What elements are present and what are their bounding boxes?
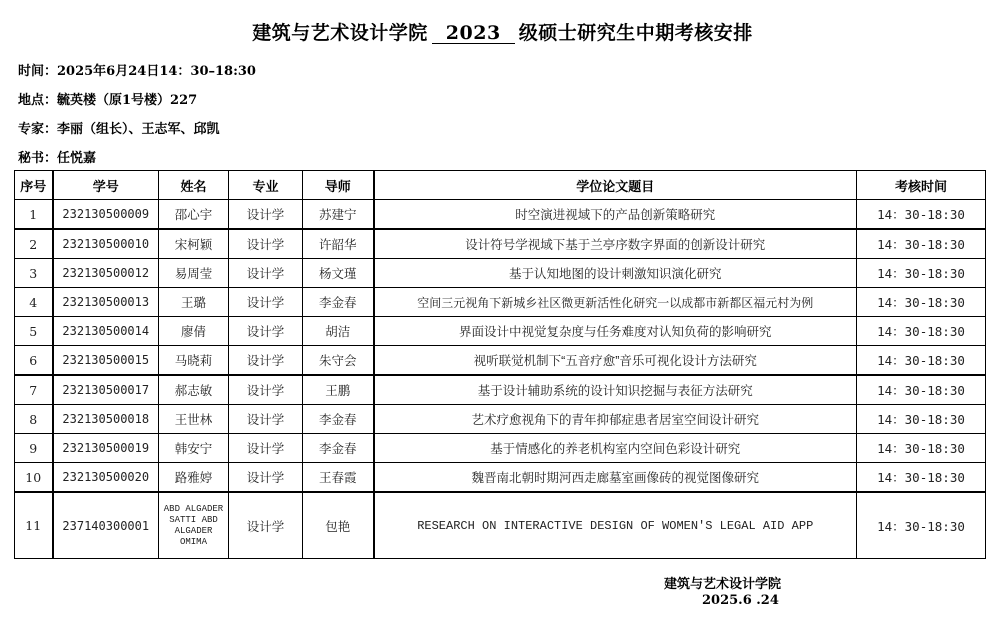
cell-major: 设计学 bbox=[229, 288, 303, 317]
cell-thesis: 空间三元视角下新城乡社区微更新活性化研究一以成都市新都区福元村为例 bbox=[374, 288, 857, 317]
cell-advisor: 包艳 bbox=[303, 492, 374, 559]
cell-time: 14：30-18:30 bbox=[857, 259, 986, 288]
cell-thesis: 时空演进视域下的产品创新策略研究 bbox=[374, 200, 857, 230]
cell-major: 设计学 bbox=[229, 375, 303, 405]
cell-advisor: 胡洁 bbox=[303, 317, 374, 346]
cell-time: 14：30-18:30 bbox=[857, 405, 986, 434]
cell-student-id: 232130500017 bbox=[53, 375, 159, 405]
header-time: 考核时间 bbox=[857, 171, 986, 200]
cell-major: 设计学 bbox=[229, 405, 303, 434]
cell-thesis: 魏晋南北朝时期河西走廊墓室画像砖的视觉图像研究 bbox=[374, 463, 857, 493]
title-year: 2023 bbox=[432, 23, 515, 44]
cell-major: 设计学 bbox=[229, 259, 303, 288]
table-row: 6 232130500015 马晓莉 设计学 朱守会 视听联觉机制下“五音疗愈”… bbox=[15, 346, 986, 376]
table-row: 4 232130500013 王璐 设计学 李金春 空间三元视角下新城乡社区微更… bbox=[15, 288, 986, 317]
cell-time: 14：30-18:30 bbox=[857, 288, 986, 317]
cell-name: 马晓莉 bbox=[159, 346, 229, 376]
cell-name: 路雅婷 bbox=[159, 463, 229, 493]
header-no: 序号 bbox=[15, 171, 53, 200]
cell-student-id: 232130500019 bbox=[53, 434, 159, 463]
cell-thesis: 设计符号学视域下基于兰亭序数字界面的创新设计研究 bbox=[374, 229, 857, 259]
cell-advisor: 王鹏 bbox=[303, 375, 374, 405]
cell-advisor: 许韶华 bbox=[303, 229, 374, 259]
cell-no: 11 bbox=[15, 492, 53, 559]
cell-name: 王璐 bbox=[159, 288, 229, 317]
cell-student-id: 232130500012 bbox=[53, 259, 159, 288]
cell-student-id: 232130500020 bbox=[53, 463, 159, 493]
cell-no: 5 bbox=[15, 317, 53, 346]
cell-student-id: 232130500010 bbox=[53, 229, 159, 259]
cell-no: 7 bbox=[15, 375, 53, 405]
cell-time: 14：30-18:30 bbox=[857, 317, 986, 346]
cell-no: 6 bbox=[15, 346, 53, 376]
cell-thesis: 界面设计中视觉复杂度与任务难度对认知负荷的影响研究 bbox=[374, 317, 857, 346]
cell-time: 14：30-18:30 bbox=[857, 229, 986, 259]
header-thesis: 学位论文题目 bbox=[374, 171, 857, 200]
header-name: 姓名 bbox=[159, 171, 229, 200]
header-advisor: 导师 bbox=[303, 171, 374, 200]
cell-major: 设计学 bbox=[229, 346, 303, 376]
header-major: 专业 bbox=[229, 171, 303, 200]
cell-time: 14：30-18:30 bbox=[857, 434, 986, 463]
cell-major: 设计学 bbox=[229, 229, 303, 259]
cell-name: 郝志敏 bbox=[159, 375, 229, 405]
cell-time: 14：30-18:30 bbox=[857, 346, 986, 376]
table-row: 1 232130500009 邵心宇 设计学 苏建宁 时空演进视域下的产品创新策… bbox=[15, 200, 986, 230]
cell-thesis: 基于情感化的养老机构室内空间色彩设计研究 bbox=[374, 434, 857, 463]
cell-time: 14：30-18:30 bbox=[857, 200, 986, 230]
cell-name: 王世林 bbox=[159, 405, 229, 434]
cell-no: 10 bbox=[15, 463, 53, 493]
info-time: 时间：2025年6月24日14：30–18:30 bbox=[18, 60, 256, 79]
cell-major: 设计学 bbox=[229, 434, 303, 463]
cell-name: 廖倩 bbox=[159, 317, 229, 346]
cell-name: 宋柯颖 bbox=[159, 229, 229, 259]
cell-advisor: 李金春 bbox=[303, 434, 374, 463]
info-location: 地点：毓英楼（原1号楼）227 bbox=[18, 89, 197, 108]
cell-student-id: 232130500013 bbox=[53, 288, 159, 317]
cell-thesis: 艺术疗愈视角下的青年抑郁症患者居室空间设计研究 bbox=[374, 405, 857, 434]
cell-major: 设计学 bbox=[229, 492, 303, 559]
document-title: 建筑与艺术设计学院2023级硕士研究生中期考核安排 bbox=[0, 18, 1005, 45]
info-experts: 专家：李丽（组长）、王志军、邱凯 bbox=[18, 118, 220, 137]
cell-student-id: 232130500018 bbox=[53, 405, 159, 434]
cell-advisor: 李金春 bbox=[303, 405, 374, 434]
cell-student-id: 232130500014 bbox=[53, 317, 159, 346]
cell-thesis: 视听联觉机制下“五音疗愈”音乐可视化设计方法研究 bbox=[374, 346, 857, 376]
info-secretary: 秘书：任悦嘉 bbox=[18, 147, 96, 166]
cell-major: 设计学 bbox=[229, 200, 303, 230]
table-row: 3 232130500012 易周莹 设计学 杨文瑾 基于认知地图的设计刺激知识… bbox=[15, 259, 986, 288]
cell-advisor: 杨文瑾 bbox=[303, 259, 374, 288]
title-suffix: 级硕士研究生中期考核安排 bbox=[519, 22, 753, 44]
cell-time: 14：30-18:30 bbox=[857, 463, 986, 493]
header-student-id: 学号 bbox=[53, 171, 159, 200]
table-row: 10 232130500020 路雅婷 设计学 王春霞 魏晋南北朝时期河西走廊墓… bbox=[15, 463, 986, 493]
table-row: 7 232130500017 郝志敏 设计学 王鹏 基于设计辅助系统的设计知识挖… bbox=[15, 375, 986, 405]
cell-name: ABD ALGADER SATTI ABD ALGADER OMIMA bbox=[159, 492, 229, 559]
table-row: 5 232130500014 廖倩 设计学 胡洁 界面设计中视觉复杂度与任务难度… bbox=[15, 317, 986, 346]
cell-thesis: RESEARCH ON INTERACTIVE DESIGN OF WOMEN'… bbox=[374, 492, 857, 559]
footer-date: 2025.6 .24 bbox=[702, 593, 779, 608]
cell-no: 2 bbox=[15, 229, 53, 259]
cell-thesis: 基于认知地图的设计刺激知识演化研究 bbox=[374, 259, 857, 288]
table-row: 2 232130500010 宋柯颖 设计学 许韶华 设计符号学视域下基于兰亭序… bbox=[15, 229, 986, 259]
cell-no: 8 bbox=[15, 405, 53, 434]
title-prefix: 建筑与艺术设计学院 bbox=[252, 22, 428, 44]
schedule-table: 序号 学号 姓名 专业 导师 学位论文题目 考核时间 1 23213050000… bbox=[14, 170, 986, 559]
cell-no: 4 bbox=[15, 288, 53, 317]
cell-name: 易周莹 bbox=[159, 259, 229, 288]
cell-name: 韩安宁 bbox=[159, 434, 229, 463]
cell-no: 9 bbox=[15, 434, 53, 463]
table-row: 9 232130500019 韩安宁 设计学 李金春 基于情感化的养老机构室内空… bbox=[15, 434, 986, 463]
cell-major: 设计学 bbox=[229, 463, 303, 493]
cell-time: 14：30-18:30 bbox=[857, 375, 986, 405]
cell-student-id: 232130500015 bbox=[53, 346, 159, 376]
cell-name: 邵心宇 bbox=[159, 200, 229, 230]
cell-advisor: 苏建宁 bbox=[303, 200, 374, 230]
cell-major: 设计学 bbox=[229, 317, 303, 346]
table-row: 8 232130500018 王世林 设计学 李金春 艺术疗愈视角下的青年抑郁症… bbox=[15, 405, 986, 434]
cell-no: 1 bbox=[15, 200, 53, 230]
cell-student-id: 232130500009 bbox=[53, 200, 159, 230]
cell-advisor: 朱守会 bbox=[303, 346, 374, 376]
cell-time: 14：30-18:30 bbox=[857, 492, 986, 559]
table-header-row: 序号 学号 姓名 专业 导师 学位论文题目 考核时间 bbox=[15, 171, 986, 200]
footer-org: 建筑与艺术设计学院 bbox=[664, 573, 781, 592]
cell-student-id: 237140300001 bbox=[53, 492, 159, 559]
cell-thesis: 基于设计辅助系统的设计知识挖掘与表征方法研究 bbox=[374, 375, 857, 405]
cell-advisor: 王春霞 bbox=[303, 463, 374, 493]
cell-advisor: 李金春 bbox=[303, 288, 374, 317]
table-row: 11 237140300001 ABD ALGADER SATTI ABD AL… bbox=[15, 492, 986, 559]
cell-no: 3 bbox=[15, 259, 53, 288]
